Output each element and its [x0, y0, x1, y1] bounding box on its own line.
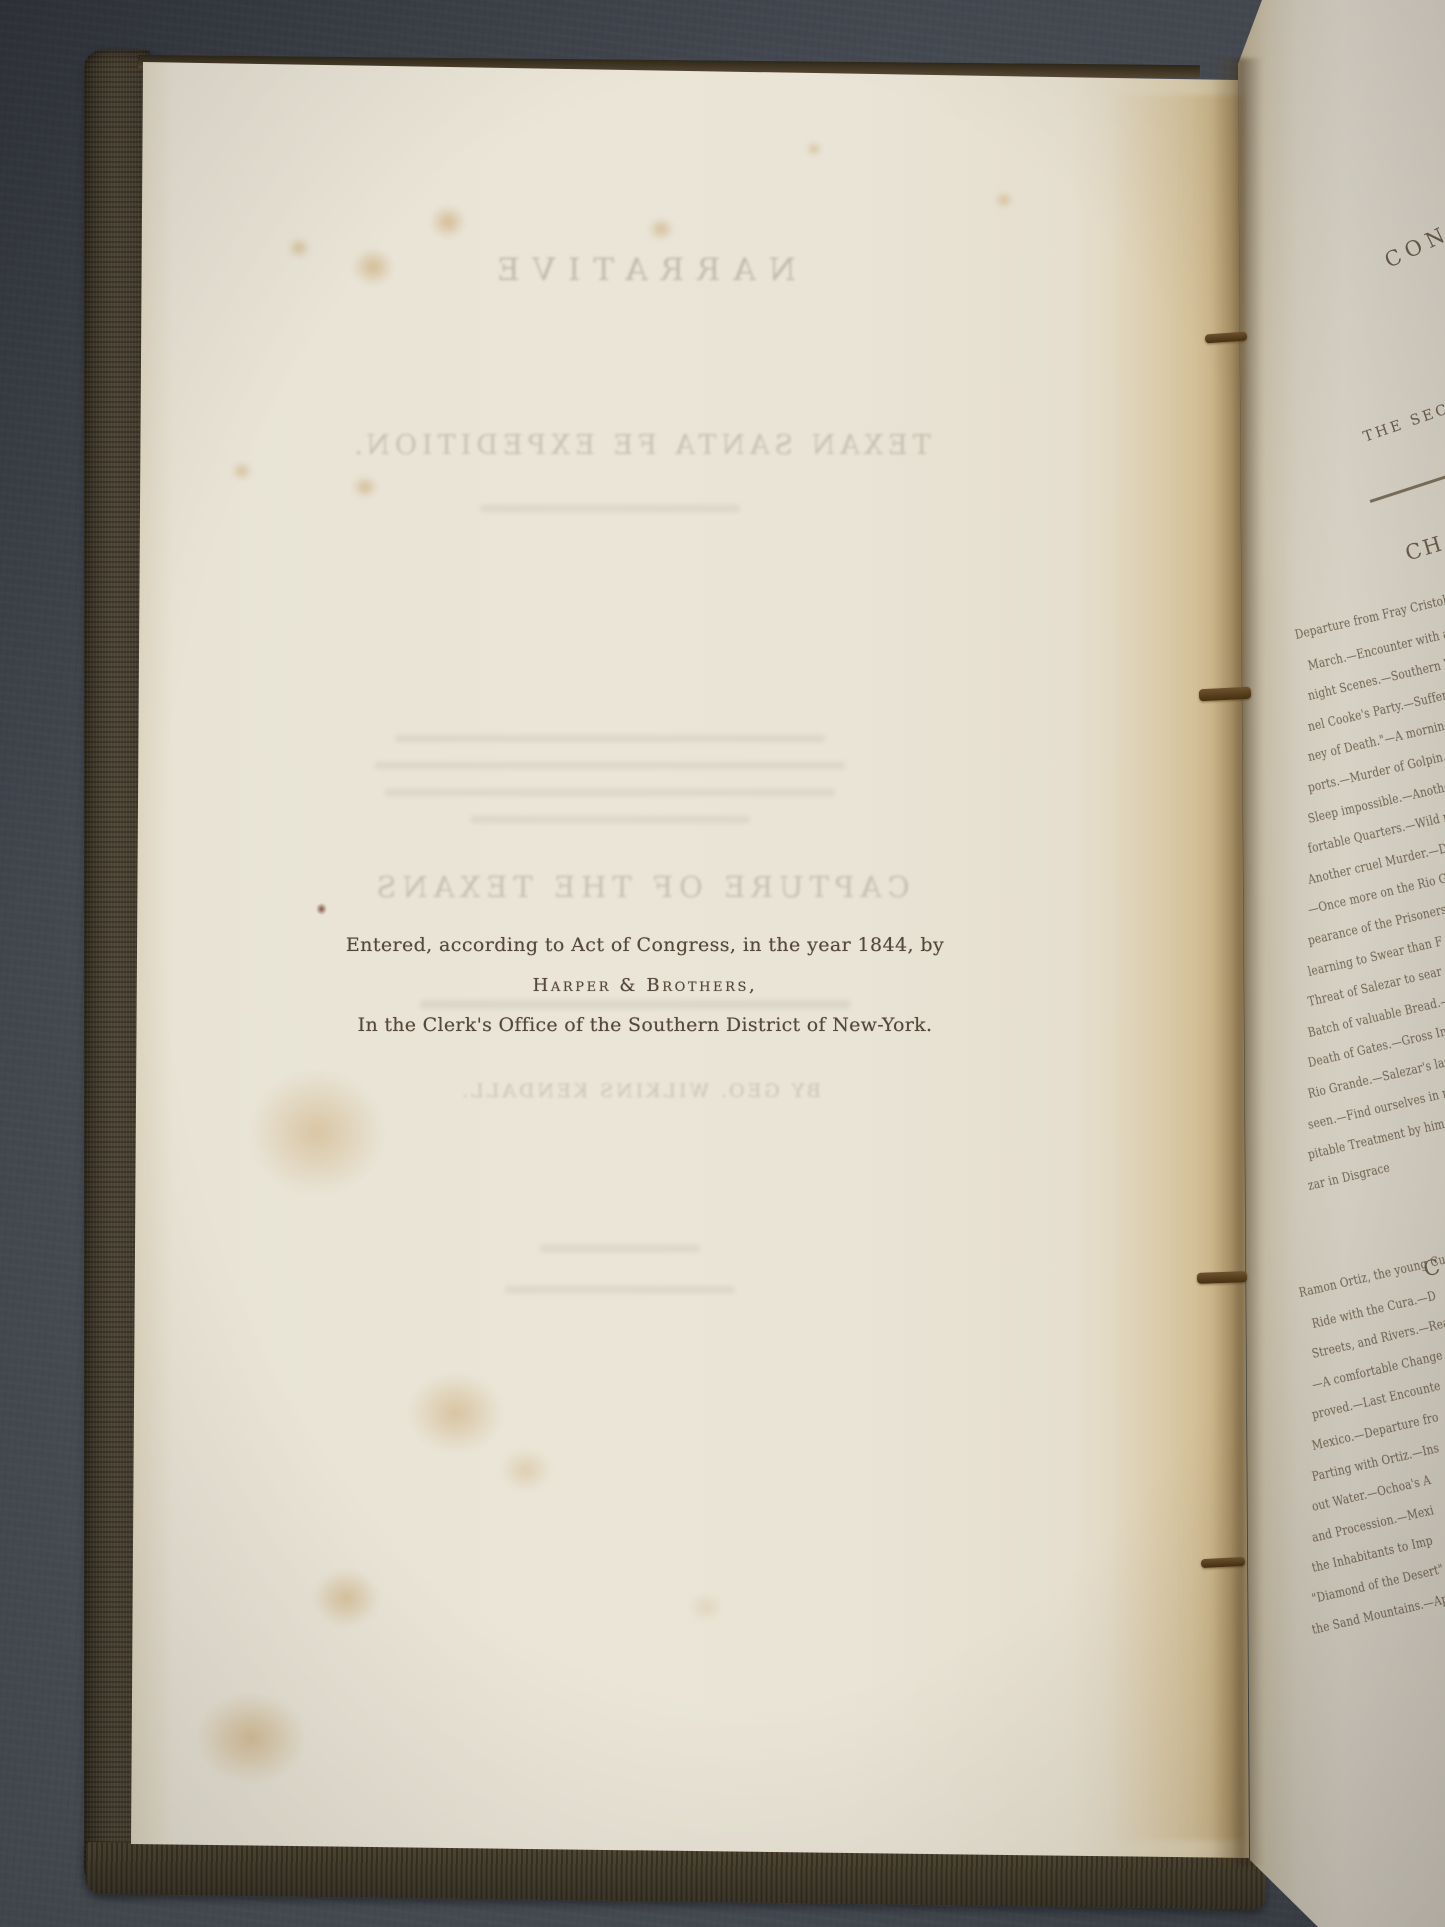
dark-speck [316, 903, 327, 915]
copyright-block: Entered, according to Act of Congress, i… [150, 934, 1140, 1036]
foxing-stain [688, 1592, 724, 1622]
foxing-stain [408, 1372, 503, 1454]
copyright-line-3: In the Clerk's Office of the Southern Di… [150, 1014, 1140, 1036]
foxing-stain [196, 1692, 306, 1784]
foxing-stain [232, 462, 252, 480]
copyright-line-2: Harper & Brothers, [150, 975, 1140, 996]
bleedthrough-title: NARRATIVE [140, 252, 1140, 288]
bleedthrough-smudge [395, 735, 825, 742]
bleedthrough-smudge [470, 816, 750, 823]
foxing-stain [806, 142, 822, 156]
bleedthrough-smudge [375, 762, 845, 769]
foxing-stain [352, 476, 378, 498]
bleedthrough-midtitle: CAPTURE OF THE TEXANS [140, 870, 1140, 904]
contents-paragraph-2: Ramon Ortiz, the young Cu Ride with the … [1301, 1286, 1445, 1653]
bleedthrough-smudge [480, 505, 740, 512]
contents-paragraph-1: Departure from Fray Cristobal.— March.—E… [1297, 628, 1445, 1209]
bleedthrough-subtitle: TEXAN SANTA FE EXPEDITION. [140, 430, 1140, 461]
bleedthrough-smudge [385, 789, 835, 796]
foxing-stain [430, 205, 466, 239]
gutter-shadow [1212, 58, 1262, 1866]
bleedthrough-smudge [540, 1245, 700, 1252]
foxing-stain [648, 218, 674, 240]
bleedthrough-author: BY GEO. WILKINS KENDALL. [140, 1080, 1140, 1102]
copyright-line-1: Entered, according to Act of Congress, i… [150, 934, 1140, 956]
binding-stitch [1197, 1271, 1247, 1284]
foxing-stain [995, 192, 1013, 208]
foxing-stain [312, 1568, 380, 1628]
bleedthrough-smudge [505, 1286, 735, 1293]
foxing-stain [500, 1448, 552, 1492]
photo-of-open-book: { "book": { "left_page": { "copyright": … [0, 0, 1445, 1927]
